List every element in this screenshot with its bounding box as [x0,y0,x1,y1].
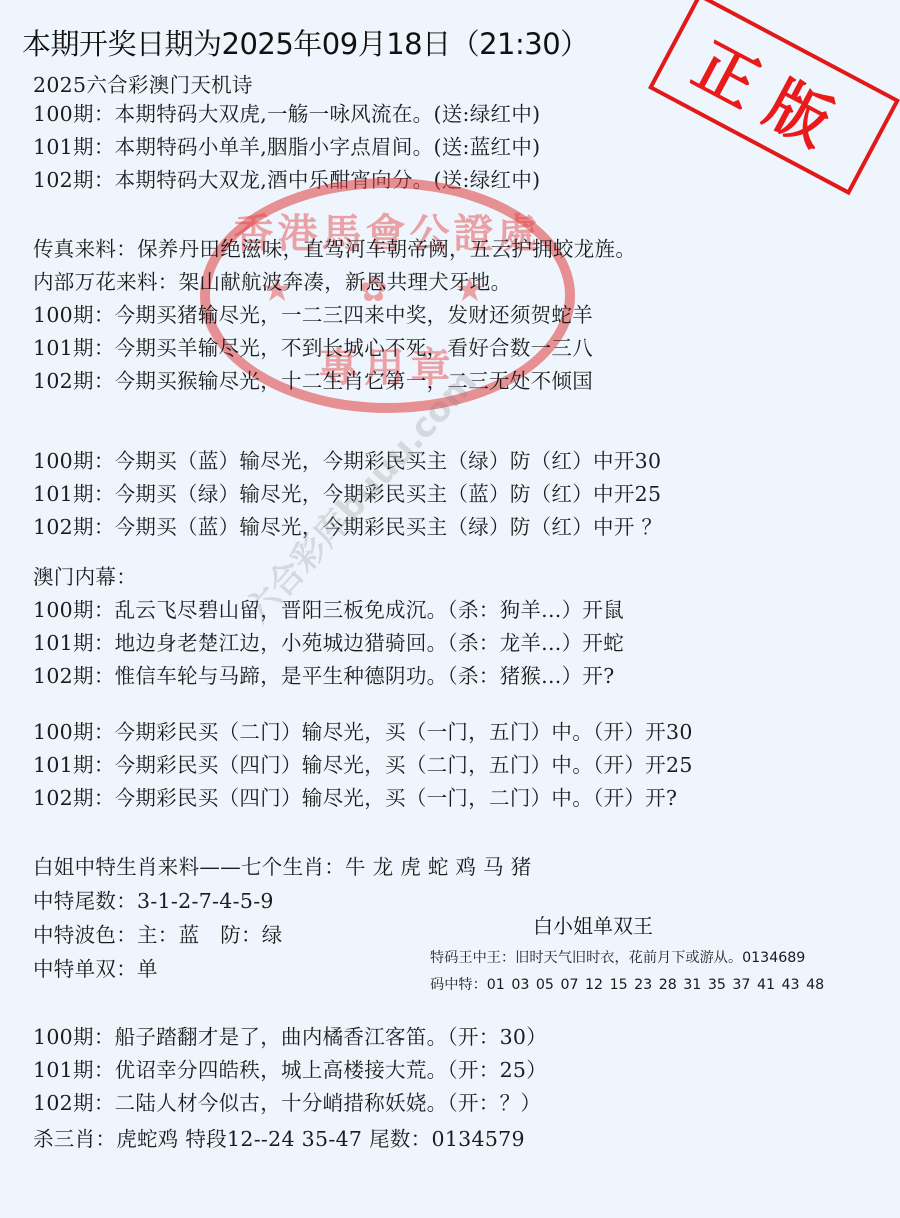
code-number: 35 [708,977,726,993]
gates-line: 100期：今期彩民买（二门）输尽光，买（一门，五门）中。（开）开30 [33,715,693,745]
baijie-tail-line: 中特尾数：3-1-2-7-4-5-9 [33,884,274,914]
gates-line: 102期：今期彩民买（四门）输尽光，买（一门，二门）中。（开）开? [33,781,677,811]
code-number: 05 [536,977,554,993]
color-line: 102期：今期买（蓝）输尽光，今期彩民买主（绿）防（红）中开 ？ [33,510,662,540]
code-number: 37 [732,977,750,993]
code-number: 48 [806,977,824,993]
page-title: 本期开奖日期为2025年09月18日（21:30） [22,22,589,63]
baijie-zodiac-line: 白姐中特生肖来料——七个生肖：牛 龙 虎 蛇 鸡 马 猪 [33,850,532,880]
insider-heading: 澳门内幕： [33,560,137,590]
code-number: 28 [659,977,677,993]
insider-line: 102期：惟信车轮与马蹄，是平生种德阴功。（杀：猪猴...）开? [33,659,615,689]
poem-line: 100期：本期特码大双虎,一觞一咏风流在。(送:绿红中) [33,97,540,127]
bxj-codes-line: 码中特：0103050712152328313537414348 [430,974,831,994]
fax-line: 102期：今期买猴输尽光，十二生肖它第一，二三无处不倾国 [33,364,593,394]
poem-line: 102期：本期特码大双龙,酒中乐酣宵向分。(送:绿红中) [33,163,540,193]
insider-line: 100期：乱云飞尽碧山留，晋阳三板免成沉。（杀：狗羊...）开鼠 [33,593,624,623]
kill-three-zodiac-line: 杀三肖：虎蛇鸡 特段12--24 35-47 尾数：0134579 [33,1122,525,1152]
code-number: 41 [757,977,775,993]
bxj-special-line: 特码王中王：旧时天气旧时衣，花前月下或游从。0134689 [430,947,805,967]
fax-line: 100期：今期买猪输尽光，一二三四来中奖，发财还须贺蛇羊 [33,298,593,328]
code-number: 15 [610,977,628,993]
official-version-stamp: 正版 [648,0,900,195]
code-number: 23 [634,977,652,993]
poem-line: 101期：本期特码小单羊,胭脂小字点眉间。(送:蓝红中) [33,130,540,160]
code-number: 31 [683,977,701,993]
codes-label: 码中特： [430,977,487,993]
bxj-title: 白小姐单双王 [533,910,653,939]
color-line: 100期：今期买（蓝）输尽光，今期彩民买主（绿）防（红）中开30 [33,444,661,474]
official-stamp-text: 正版 [681,16,868,172]
final-line: 101期：优诏幸分四皓秩，城上高楼接大荒。（开：25） [33,1053,547,1083]
fax-line: 传真来料：保养丹田绝滋味，直驾河车朝帝阙，五云护拥蛟龙旌。 [33,232,636,262]
final-line: 100期：船子踏翻才是了，曲内橘香江客笛。（开：30） [33,1020,547,1050]
baijie-wave-line: 中特波色：主：蓝 防：绿 [33,918,283,948]
code-number: 03 [511,977,529,993]
fax-line: 内部万花来料：架山献航波奔凑，新恩共理犬牙地。 [33,265,511,295]
code-number: 12 [585,977,603,993]
gates-line: 101期：今期彩民买（四门）输尽光，买（二门，五门）中。（开）开25 [33,748,693,778]
poem-heading: 2025六合彩澳门天机诗 [33,68,253,98]
final-line: 102期：二陆人材今似古，十分峭措称妖娆。（开：？） [33,1086,541,1116]
fax-line: 101期：今期买羊输尽光，不到长城心不死，看好合数一三八 [33,331,593,361]
code-number: 43 [782,977,800,993]
insider-line: 101期：地边身老楚江边，小苑城边猎骑回。（杀：龙羊...）开蛇 [33,626,624,656]
code-number: 07 [560,977,578,993]
code-number: 01 [487,977,505,993]
baijie-oddeven-line: 中特单双：单 [33,952,158,982]
color-line: 101期：今期买（绿）输尽光，今期彩民买主（蓝）防（红）中开25 [33,477,661,507]
